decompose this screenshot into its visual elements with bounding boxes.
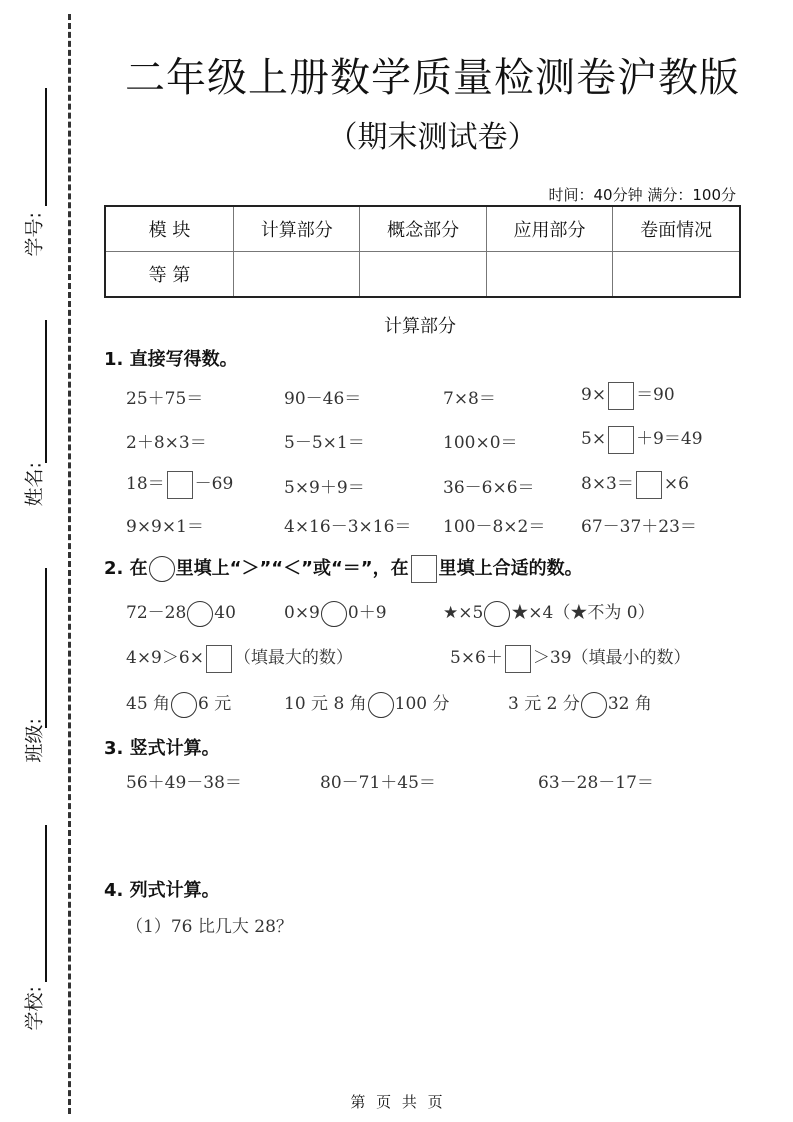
expr-part: 4×9＞6×: [126, 648, 204, 668]
q2-item-g: 10 元 8 角100 分: [284, 689, 450, 718]
expr-part: －69: [195, 474, 234, 494]
q2-item-e: 5×6＋＞39（填最小的数）: [450, 643, 691, 673]
q3-title: 3. 竖式计算。: [104, 734, 220, 760]
expr-part: 5×6＋: [450, 648, 503, 668]
square-icon: [411, 555, 437, 583]
grade-cell-calc[interactable]: [234, 252, 360, 298]
school-line: [45, 825, 47, 982]
q1-r2c3: 8×3＝×6: [581, 469, 689, 499]
q2-item-d: 4×9＞6×（填最大的数）: [126, 643, 353, 673]
answer-box[interactable]: [206, 645, 232, 673]
score-table: 模 块 计算部分 概念部分 应用部分 卷面情况 等 第: [104, 205, 741, 298]
q2-title-part: 里填上“＞”“＜”或“＝”，在: [176, 558, 409, 579]
score-header-calc: 计算部分: [234, 206, 360, 252]
q1-r1c0: 2＋8×3＝: [126, 428, 207, 453]
q1-r0c0: 25＋75＝: [126, 384, 203, 409]
grade-cell-concept[interactable]: [360, 252, 486, 298]
school-label: 学校:: [20, 1009, 47, 1031]
q2-item-a: 72－2840: [126, 598, 236, 627]
score-header-application: 应用部分: [486, 206, 612, 252]
q3-item-1: 56＋49－38＝: [126, 768, 242, 793]
q1-r2c2: 36－6×6＝: [443, 473, 535, 498]
page-footer: 第 页 共 页: [0, 1091, 793, 1112]
expr-part: 8×3＝: [581, 474, 634, 494]
q1-r2c0: 18＝－69: [126, 469, 233, 499]
expr-part: 5×: [581, 429, 606, 449]
answer-box[interactable]: [636, 471, 662, 499]
answer-box[interactable]: [608, 382, 634, 410]
expr-part: ×6: [664, 474, 689, 494]
answer-box[interactable]: [608, 426, 634, 454]
name-line: [45, 320, 47, 463]
class-line: [45, 568, 47, 728]
score-table-header-row: 模 块 计算部分 概念部分 应用部分 卷面情况: [105, 206, 740, 252]
score-table-grade-row: 等 第: [105, 252, 740, 298]
q1-r3c3: 67－37＋23＝: [581, 512, 697, 537]
q2-item-b: 0×90＋9: [284, 598, 387, 627]
q4-item-1: （1）76 比几大 28？: [126, 912, 293, 937]
compare-circle[interactable]: [187, 601, 213, 627]
expr-part: 100 分: [395, 694, 450, 714]
section-title: 计算部分: [100, 312, 740, 338]
compare-circle[interactable]: [368, 692, 394, 718]
student-id-line: [45, 88, 47, 206]
q1-r0c3: 9×＝90: [581, 380, 675, 410]
page-subtitle: （期末测试卷）: [100, 112, 765, 156]
expr-part: 45 角: [126, 694, 170, 714]
q1-r1c1: 5－5×1＝: [284, 428, 365, 453]
q1-r3c1: 4×16－3×16＝: [284, 512, 411, 537]
grade-cell-neatness[interactable]: [613, 252, 740, 298]
name-label: 姓名:: [20, 485, 47, 507]
answer-box[interactable]: [167, 471, 193, 499]
q1-r2c1: 5×9＋9＝: [284, 473, 365, 498]
q2-item-h: 3 元 2 分32 角: [508, 689, 652, 718]
compare-circle[interactable]: [484, 601, 510, 627]
q2-item-c: ★×5★×4（★不为 0）: [443, 598, 655, 627]
expr-part: 9×: [581, 385, 606, 405]
score-header-module: 模 块: [105, 206, 234, 252]
score-header-concept: 概念部分: [360, 206, 486, 252]
q1-r0c2: 7×8＝: [443, 384, 496, 409]
expr-part: 3 元 2 分: [508, 694, 580, 714]
q1-r3c0: 9×9×1＝: [126, 512, 204, 537]
q3-item-2: 80－71＋45＝: [320, 768, 436, 793]
expr-part: 6 元: [198, 694, 231, 714]
expr-part: 0×9: [284, 603, 320, 623]
compare-circle[interactable]: [321, 601, 347, 627]
compare-circle[interactable]: [171, 692, 197, 718]
expr-part: 18＝: [126, 474, 165, 494]
expr-part: 10 元 8 角: [284, 694, 367, 714]
binding-dashed-line: [68, 14, 71, 1114]
q4-title: 4. 列式计算。: [104, 876, 220, 902]
class-label: 班级:: [20, 741, 47, 763]
compare-circle[interactable]: [581, 692, 607, 718]
expr-part: ＋9＝49: [636, 429, 702, 449]
q1-r1c3: 5×＋9＝49: [581, 424, 703, 454]
q1-r1c2: 100×0＝: [443, 428, 518, 453]
q2-title: 2. 在里填上“＞”“＜”或“＝”，在里填上合适的数。: [104, 554, 583, 583]
student-id-label: 学号:: [20, 235, 47, 257]
expr-part: ＞39（填最小的数）: [533, 648, 691, 668]
expr-part: 40: [214, 603, 236, 623]
grade-row-label: 等 第: [105, 252, 234, 298]
time-score-info: 时间：40分钟 满分：100分: [549, 184, 737, 205]
expr-part: （填最大的数）: [234, 648, 353, 668]
q3-item-3: 63－28－17＝: [538, 768, 654, 793]
q2-title-part: 里填上合适的数。: [439, 558, 583, 579]
expr-part: 32 角: [608, 694, 652, 714]
expr-part: ★×5: [443, 603, 483, 623]
q2-item-f: 45 角6 元: [126, 689, 231, 718]
answer-box[interactable]: [505, 645, 531, 673]
q1-r0c1: 90－46＝: [284, 384, 361, 409]
grade-cell-application[interactable]: [486, 252, 612, 298]
expr-part: ＝90: [636, 385, 675, 405]
q2-title-part: 2. 在: [104, 558, 148, 579]
expr-part: 0＋9: [348, 603, 387, 623]
expr-part: ★×4（★不为 0）: [511, 603, 654, 623]
expr-part: 72－28: [126, 603, 186, 623]
score-header-neatness: 卷面情况: [613, 206, 740, 252]
page-title: 二年级上册数学质量检测卷沪教版: [100, 46, 765, 103]
q1-title: 1. 直接写得数。: [104, 345, 238, 371]
circle-icon: [149, 556, 175, 582]
q1-r3c2: 100－8×2＝: [443, 512, 545, 537]
